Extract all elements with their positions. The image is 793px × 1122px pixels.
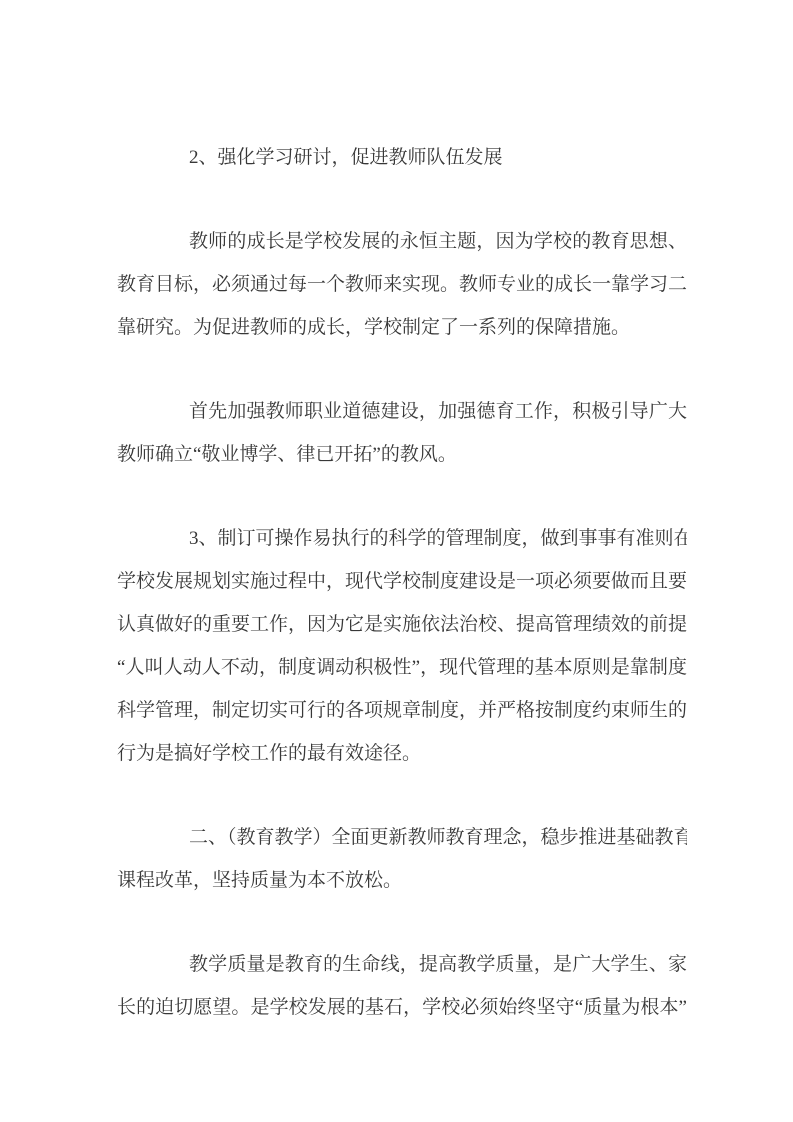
paragraph-teaching-quality: 教学质量是教育的生命线，提高教学质量，是广大学生、家 长的迫切愿望。是学校发展的…	[117, 943, 687, 1029]
paragraph-line: 靠研究。为促进教师的成长，学校制定了一系列的保障措施。	[117, 306, 687, 349]
paragraph-line: 教学质量是教育的生命线，提高教学质量，是广大学生、家	[117, 943, 687, 986]
paragraph-teacher-ethics: 首先加强教师职业道德建设，加强德育工作，积极引导广大 教师确立“敬业博学、律已开…	[117, 390, 687, 476]
paragraph-line: 二、（教育教学）全面更新教师教育理念，稳步推进基础教育	[117, 816, 687, 859]
paragraph-line: 首先加强教师职业道德建设，加强德育工作，积极引导广大	[117, 390, 687, 433]
paragraph-line: 2、强化学习研讨，促进教师队伍发展	[117, 136, 687, 179]
paragraph-line: 教育目标，必须通过每一个教师来实现。教师专业的成长一靠学习二	[117, 263, 687, 306]
paragraph-heading-section-2: 二、（教育教学）全面更新教师教育理念，稳步推进基础教育 课程改革，坚持质量为本不…	[117, 816, 687, 902]
paragraph-line: 3、制订可操作易执行的科学的管理制度，做到事事有准则在	[117, 517, 687, 560]
paragraph-line: “人叫人动人不动，制度调动积极性”，现代管理的基本原则是靠制度	[117, 646, 687, 689]
paragraph-line: 课程改革，坚持质量为本不放松。	[117, 859, 687, 902]
paragraph-line: 行为是搞好学校工作的最有效途径。	[117, 732, 687, 775]
paragraph-teacher-growth: 教师的成长是学校发展的永恒主题，因为学校的教育思想、 教育目标，必须通过每一个教…	[117, 220, 687, 349]
paragraph-line: 教师确立“敬业博学、律已开拓”的教风。	[117, 433, 687, 476]
paragraph-line: 教师的成长是学校发展的永恒主题，因为学校的教育思想、	[117, 220, 687, 263]
paragraph-line: 科学管理，制定切实可行的各项规章制度，并严格按制度约束师生的	[117, 689, 687, 732]
paragraph-line: 学校发展规划实施过程中，现代学校制度建设是一项必须要做而且要	[117, 560, 687, 603]
paragraph-line: 认真做好的重要工作，因为它是实施依法治校、提高管理绩效的前提。	[117, 603, 687, 646]
paragraph-heading-3-management: 3、制订可操作易执行的科学的管理制度，做到事事有准则在 学校发展规划实施过程中，…	[117, 517, 687, 775]
document-body: 2、强化学习研讨，促进教师队伍发展 教师的成长是学校发展的永恒主题，因为学校的教…	[117, 136, 687, 1070]
document-page: 2、强化学习研讨，促进教师队伍发展 教师的成长是学校发展的永恒主题，因为学校的教…	[0, 0, 793, 1122]
paragraph-line: 长的迫切愿望。是学校发展的基石，学校必须始终坚守“质量为根本”	[117, 986, 687, 1029]
paragraph-heading-2: 2、强化学习研讨，促进教师队伍发展	[117, 136, 687, 179]
